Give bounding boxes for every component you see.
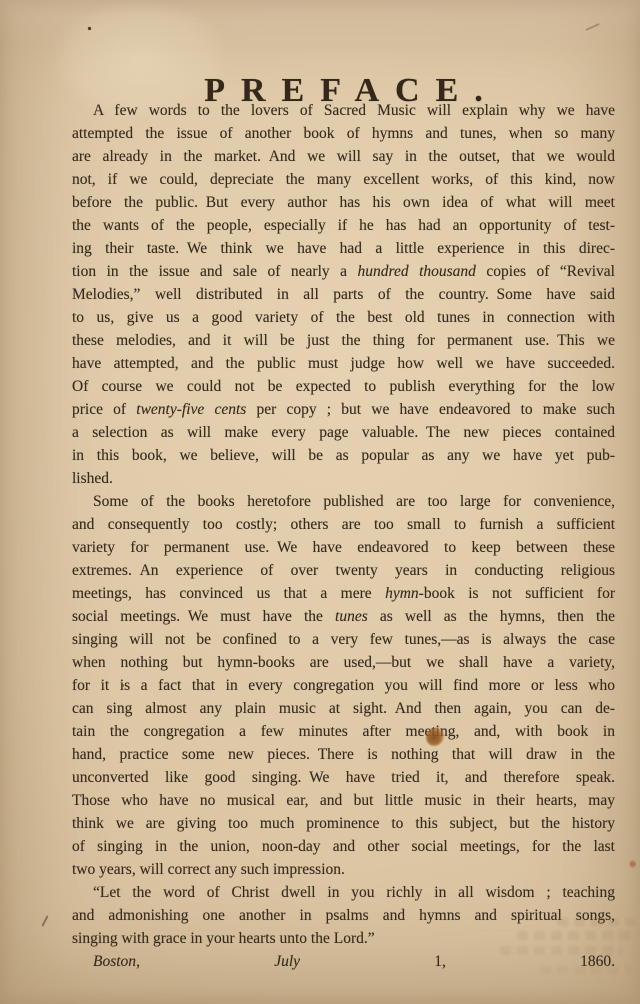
text-line: have attempted, and the public must judg… [72,352,615,375]
text-line: singing with grace in your hearts unto t… [72,927,615,950]
text-line: two years, will correct any such impress… [72,858,615,881]
text-line: not, if we could, depreciate the many ex… [72,168,615,191]
text-line: tion in the issue and sale of nearly a h… [72,260,615,283]
text-line: Those who have no musical ear, and but l… [72,789,615,812]
text-line: price of twenty-five cents per copy ; bu… [72,398,615,421]
paragraph: Some of the books heretofore published a… [72,490,615,881]
text-line: Melodies,” well distributed in all parts… [72,283,615,306]
text-line: meetings, has convinced us that a mere h… [72,582,615,605]
text-line: when nothing but hymn-books are used,—bu… [72,651,615,674]
text-line: for it is a fact that in every congregat… [72,674,615,697]
text-line: are already in the market. And we will s… [72,145,615,168]
text-line: variety for permanent use. We have endea… [72,536,615,559]
text-line: attempted the issue of another book of h… [72,122,615,145]
text-line: a selection as will make every page valu… [72,421,615,444]
text-line: and consequently too costly; others are … [72,513,615,536]
text-line: A few words to the lovers of Sacred Musi… [72,99,615,122]
signature-line: Boston, July 1, 1860. [72,950,615,973]
red-edge-mark [629,860,636,868]
text-line: hand, practice some new pieces. There is… [72,743,615,766]
text-line: think we are giving too much prominence … [72,812,615,835]
text-line: lished. [72,467,615,490]
text-line: Of course we could not be expected to pu… [72,375,615,398]
preface-text: A few words to the lovers of Sacred Musi… [72,99,615,973]
text-line: social meetings. We must have the tunes … [72,605,615,628]
text-line: Some of the books heretofore published a… [72,490,615,513]
text-line: and admonishing one another in psalms an… [72,904,615,927]
ink-dot-stain [88,27,91,30]
paragraph: A few words to the lovers of Sacred Musi… [72,99,615,490]
paragraph: “Let the word of Christ dwell in you ric… [72,881,615,950]
text-line: ing their taste. We think we have had a … [72,237,615,260]
text-line: to us, give us a good variety of the bes… [72,306,615,329]
text-line: in this book, we believe, will be as pop… [72,444,615,467]
text-line: before the public. But every author has … [72,191,615,214]
text-line: singing will not be confined to a very f… [72,628,615,651]
pen-slash-mark [41,915,48,927]
text-line: of singing in the union, noon-day and ot… [72,835,615,858]
text-line: extremes. An experience of over twenty y… [72,559,615,582]
text-line: tain the congregation a few minutes afte… [72,720,615,743]
text-line: the wants of the people, especially if h… [72,214,615,237]
book-page: PREFACE. A few words to the lovers of Sa… [0,0,640,1004]
scratch-mark [585,23,599,30]
text-line: can sing almost any plain music at sight… [72,697,615,720]
text-line: unconverted like good singing. We have t… [72,766,615,789]
text-line: these melodies, and it will be just the … [72,329,615,352]
text-line: “Let the word of Christ dwell in you ric… [72,881,615,904]
